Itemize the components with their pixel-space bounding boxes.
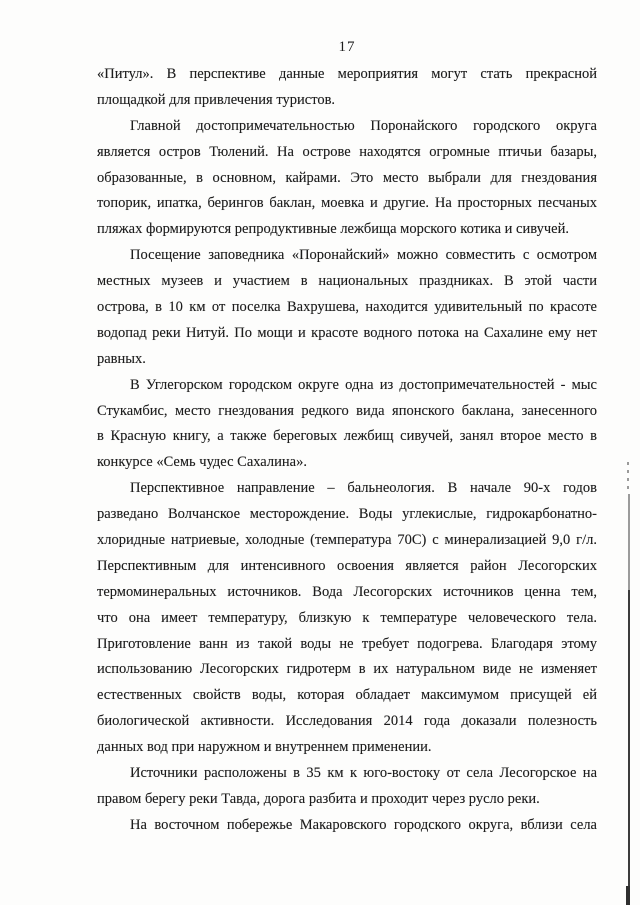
text-line: Источники расположены в 35 км к юго-вост…	[97, 761, 597, 787]
paragraph: Источники расположены в 35 км к юго-вост…	[97, 761, 597, 813]
paragraph: Главной достопримечательностью Поронайск…	[97, 114, 597, 243]
text-line: Перспективное направление – бальнеология…	[97, 476, 597, 502]
text-line: разведано Волчанское месторождение. Воды…	[97, 502, 597, 528]
text-block: «Питул». В перспективе данные мероприяти…	[97, 62, 597, 839]
text-line: площадкой для привлечения туристов.	[97, 88, 597, 114]
text-line: топорик, ипатка, берингов баклан, моевка…	[97, 191, 597, 217]
scan-artifact-bottom-mark	[626, 886, 630, 905]
page-number: 17	[97, 36, 597, 58]
scan-artifact-line-dark	[628, 590, 630, 905]
paragraph: На восточном побережье Макаровского горо…	[97, 813, 597, 839]
text-line: использованию Лесогорских гидротерм в их…	[97, 657, 597, 683]
text-line: Приготовление ванн из такой воды не треб…	[97, 632, 597, 658]
text-line: что она имеет температуру, близкую к тем…	[97, 606, 597, 632]
text-line: образованные, в основном, кайрами. Это м…	[97, 166, 597, 192]
text-line: Главной достопримечательностью Поронайск…	[97, 114, 597, 140]
text-line: На восточном побережье Макаровского горо…	[97, 813, 597, 839]
text-line: естественных свойств воды, которая облад…	[97, 683, 597, 709]
text-line: термоминеральных источников. Вода Лесого…	[97, 580, 597, 606]
text-line: конкурсе «Семь чудес Сахалина».	[97, 450, 597, 476]
text-line: Посещение заповедника «Поронайский» можн…	[97, 243, 597, 269]
text-line: «Питул». В перспективе данные мероприяти…	[97, 62, 597, 88]
text-line: Перспективным для интенсивного освоения …	[97, 554, 597, 580]
text-line: правом берегу реки Тавда, дорога разбита…	[97, 787, 597, 813]
paragraph: Посещение заповедника «Поронайский» можн…	[97, 243, 597, 372]
scan-artifact-line-light	[628, 494, 630, 592]
text-line: хлоридные натриевые, холодные (температу…	[97, 528, 597, 554]
text-line: равных.	[97, 347, 597, 373]
text-line: пляжах формируются репродуктивные лежбищ…	[97, 217, 597, 243]
paragraph: «Питул». В перспективе данные мероприяти…	[97, 62, 597, 114]
paragraph: Перспективное направление – бальнеология…	[97, 476, 597, 761]
text-line: местных музеев и участием в национальных…	[97, 269, 597, 295]
text-line: острова, в 10 км от поселка Вахрушева, н…	[97, 295, 597, 321]
text-line: В Углегорском городском округе одна из д…	[97, 373, 597, 399]
text-line: водопад реки Нитуй. По мощи и красоте во…	[97, 321, 597, 347]
document-page: 17 «Питул». В перспективе данные меропри…	[0, 0, 640, 905]
text-line: данных вод при наружном и внутреннем при…	[97, 735, 597, 761]
text-line: является остров Тюлений. На острове нахо…	[97, 140, 597, 166]
text-line: в Красную книгу, а также береговых лежби…	[97, 424, 597, 450]
paragraph: В Углегорском городском округе одна из д…	[97, 373, 597, 477]
scan-artifact-dashes	[627, 462, 629, 494]
text-line: Стукамбис, место гнездования редкого вид…	[97, 399, 597, 425]
text-line: биологической активности. Исследования 2…	[97, 709, 597, 735]
